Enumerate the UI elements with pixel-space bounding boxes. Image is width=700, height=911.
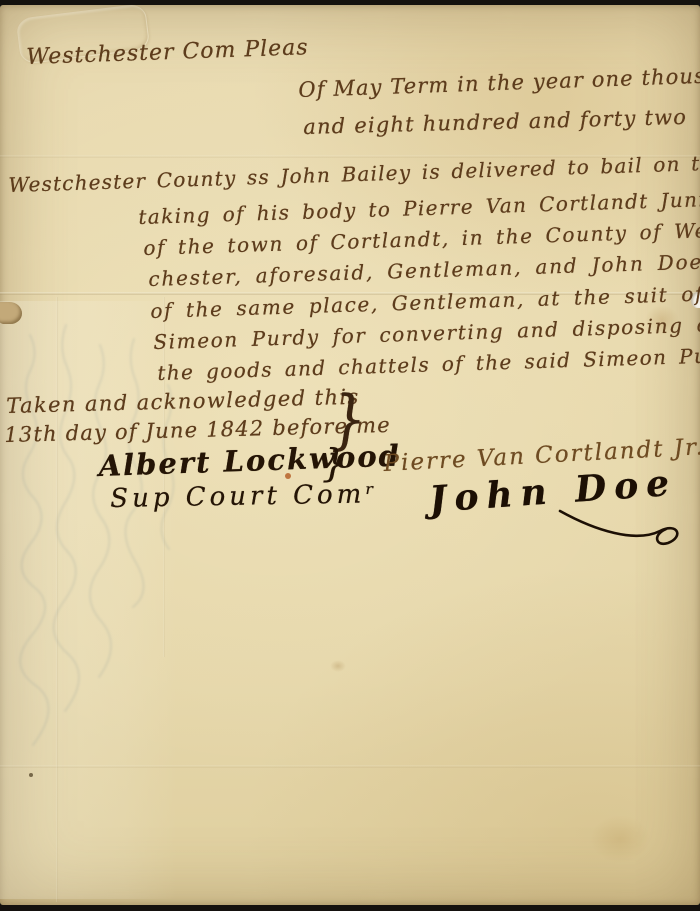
term-line-2: and eight hundred and forty two	[303, 105, 687, 139]
officer-title: Sup Court Comʳ	[110, 479, 379, 514]
signature-flourish	[556, 497, 696, 553]
officer-brace: }	[322, 441, 346, 485]
term-line-1: Of May Term in the year one thous=	[298, 63, 700, 102]
stain	[590, 815, 650, 863]
document-scan: Westchester Com Pleas Of May Term in the…	[0, 0, 700, 911]
stain	[330, 660, 346, 672]
paper-sheet: Westchester Com Pleas Of May Term in the…	[0, 5, 700, 905]
